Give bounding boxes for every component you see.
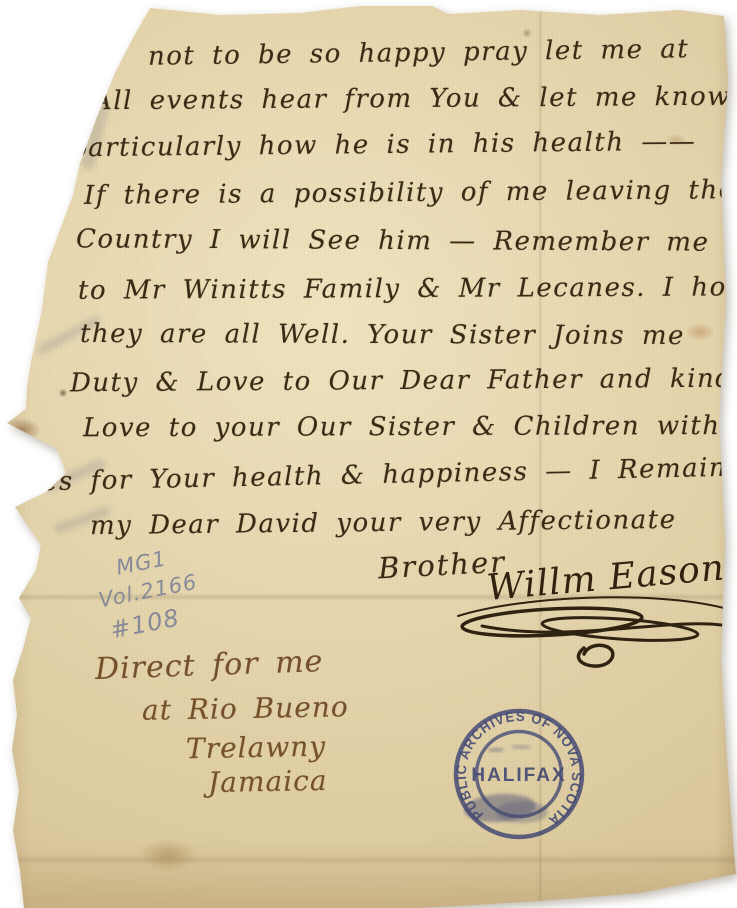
letter-line: Country I will See him — Remember me <box>76 224 710 257</box>
letter-line: they are all Well. Your Sister Joins me <box>80 319 685 351</box>
archival-note-line: #108 <box>108 604 182 645</box>
letter-line: particularly how he is in his health —— <box>70 127 697 164</box>
letter-line: my Dear David your very Affectionate <box>90 505 677 541</box>
paper-shadow: not to be so happy pray let me at All ev… <box>0 0 737 908</box>
letter-line: Love to your Our Sister & Children with … <box>83 411 737 443</box>
archive-stamp: PUBLIC ARCHIVES OF NOVA SCOTIA HALIFAX <box>424 679 614 869</box>
letter-paper: not to be so happy pray let me at All ev… <box>0 0 737 908</box>
letter-line: not to be so happy pray let me at <box>148 34 690 72</box>
stamp-ink-speck <box>511 745 531 750</box>
address-line: at Rio Bueno <box>142 690 349 727</box>
letter-line: to Mr Winitts Family & Mr Lecanes. I hop… <box>78 272 737 306</box>
letter-line: es for Your health & happiness — I Remai… <box>42 453 728 497</box>
scanned-letter: not to be so happy pray let me at All ev… <box>0 0 737 908</box>
stamp-ink-speck <box>488 748 504 753</box>
letter-line: Duty & Love to Our Dear Father and kind <box>70 364 734 399</box>
stamp-center-text: HALIFAX <box>471 765 566 786</box>
letter-line: All events hear from You & let me know <box>93 82 731 116</box>
signature-flourish: Willm Eason <box>452 556 734 688</box>
archival-note-line: MG1 <box>114 546 168 579</box>
archival-note-line: Vol.2166 <box>97 570 200 613</box>
letter-line: If there is a possibility of me leaving … <box>84 175 736 211</box>
stamp-ink-smudge <box>496 801 548 823</box>
address-line: Jamaica <box>208 764 328 799</box>
address-line: Trelawny <box>186 730 327 765</box>
address-line: Direct for me <box>94 644 323 687</box>
